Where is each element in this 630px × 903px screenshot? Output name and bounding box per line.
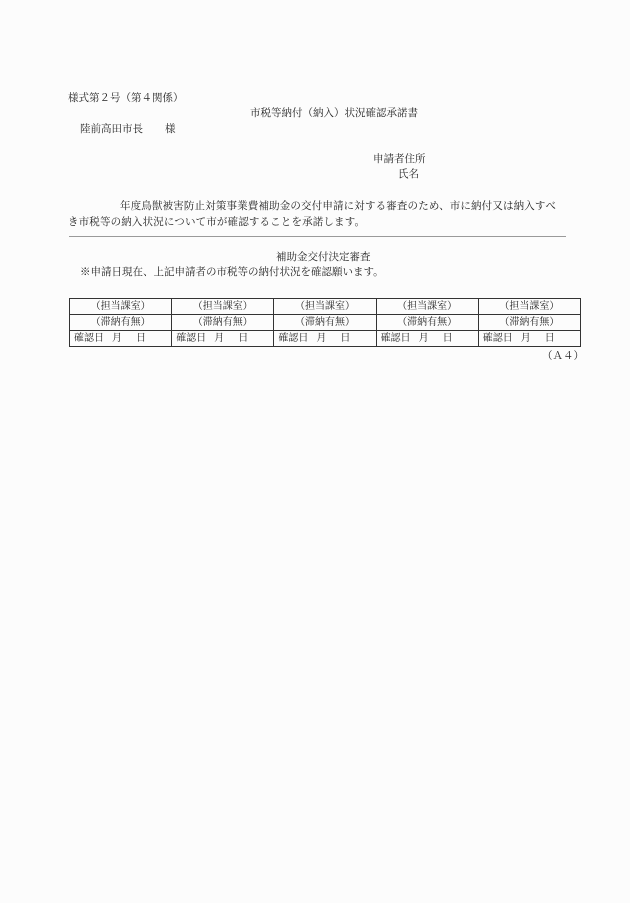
review-section-title: 補助金交付決定審査 bbox=[276, 251, 371, 263]
form-number: 様式第２号（第４関係） bbox=[68, 92, 184, 104]
date-cell: 確認日月日 bbox=[172, 331, 274, 347]
department-cell: （担当課室） bbox=[478, 299, 580, 315]
confirmation-table: （担当課室） （担当課室） （担当課室） （担当課室） （担当課室） （滞納有無… bbox=[69, 298, 581, 347]
date-label: 確認日 bbox=[176, 333, 206, 344]
month-label: 月 bbox=[112, 333, 122, 344]
review-note: ※申請日現在、上記申請者の市税等の納付状況を確認願います。 bbox=[80, 266, 384, 278]
day-label: 日 bbox=[443, 333, 453, 344]
date-cell: 確認日月日 bbox=[274, 331, 376, 347]
month-label: 月 bbox=[521, 333, 531, 344]
day-label: 日 bbox=[545, 333, 555, 344]
addressee: 陸前高田市長様 bbox=[80, 123, 176, 135]
arrears-cell: （滞納有無） bbox=[376, 315, 478, 331]
date-cell: 確認日月日 bbox=[376, 331, 478, 347]
table-row-date: 確認日月日 確認日月日 確認日月日 確認日月日 確認日月日 bbox=[70, 331, 581, 347]
arrears-cell: （滞納有無） bbox=[478, 315, 580, 331]
document-title: 市税等納付（納入）状況確認承諾書 bbox=[250, 107, 418, 119]
month-label: 月 bbox=[214, 333, 224, 344]
department-cell: （担当課室） bbox=[172, 299, 274, 315]
applicant-name-label: 氏名 bbox=[398, 168, 419, 180]
applicant-address-label: 申請者住所 bbox=[373, 153, 426, 165]
addressee-name: 陸前高田市長 bbox=[80, 123, 143, 135]
department-cell: （担当課室） bbox=[70, 299, 172, 315]
date-cell: 確認日月日 bbox=[478, 331, 580, 347]
consent-text-line2: き市税等の納入状況について市が確認することを承諾します。 bbox=[68, 214, 578, 230]
arrears-cell: （滞納有無） bbox=[274, 315, 376, 331]
day-label: 日 bbox=[136, 333, 146, 344]
day-label: 日 bbox=[340, 333, 350, 344]
date-label: 確認日 bbox=[483, 333, 513, 344]
section-divider bbox=[69, 236, 566, 237]
month-label: 月 bbox=[316, 333, 326, 344]
department-cell: （担当課室） bbox=[376, 299, 478, 315]
month-label: 月 bbox=[419, 333, 429, 344]
date-label: 確認日 bbox=[74, 333, 104, 344]
date-cell: 確認日月日 bbox=[70, 331, 172, 347]
arrears-cell: （滞納有無） bbox=[70, 315, 172, 331]
department-cell: （担当課室） bbox=[274, 299, 376, 315]
date-label: 確認日 bbox=[381, 333, 411, 344]
arrears-cell: （滞納有無） bbox=[172, 315, 274, 331]
consent-text-line1: 年度鳥獣被害防止対策事業費補助金の交付申請に対する審査のため、市に納付又は納入す… bbox=[68, 198, 578, 214]
table-row-department: （担当課室） （担当課室） （担当課室） （担当課室） （担当課室） bbox=[70, 299, 581, 315]
day-label: 日 bbox=[238, 333, 248, 344]
table-row-arrears: （滞納有無） （滞納有無） （滞納有無） （滞納有無） （滞納有無） bbox=[70, 315, 581, 331]
paper-size-label: （Ａ４） bbox=[542, 350, 584, 362]
date-label: 確認日 bbox=[278, 333, 308, 344]
consent-paragraph: 年度鳥獣被害防止対策事業費補助金の交付申請に対する審査のため、市に納付又は納入す… bbox=[68, 198, 578, 230]
addressee-honorific: 様 bbox=[165, 123, 176, 135]
